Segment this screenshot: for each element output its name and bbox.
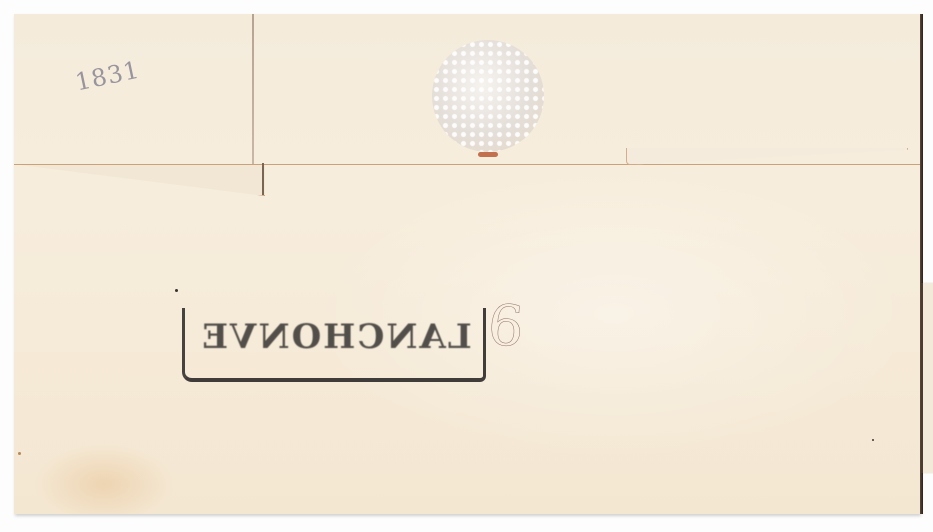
side-fold-strip [921, 283, 933, 473]
paper-tear [252, 14, 254, 164]
wax-trace [478, 152, 498, 157]
embossed-seal [432, 40, 544, 152]
postmark-text: LANCHONVE [196, 312, 476, 362]
ink-speck [872, 439, 874, 441]
left-fold-tear [262, 163, 264, 195]
stain-speck [18, 452, 21, 455]
manuscript-rate-mark: 6 [486, 293, 526, 360]
ink-speck [175, 289, 178, 292]
